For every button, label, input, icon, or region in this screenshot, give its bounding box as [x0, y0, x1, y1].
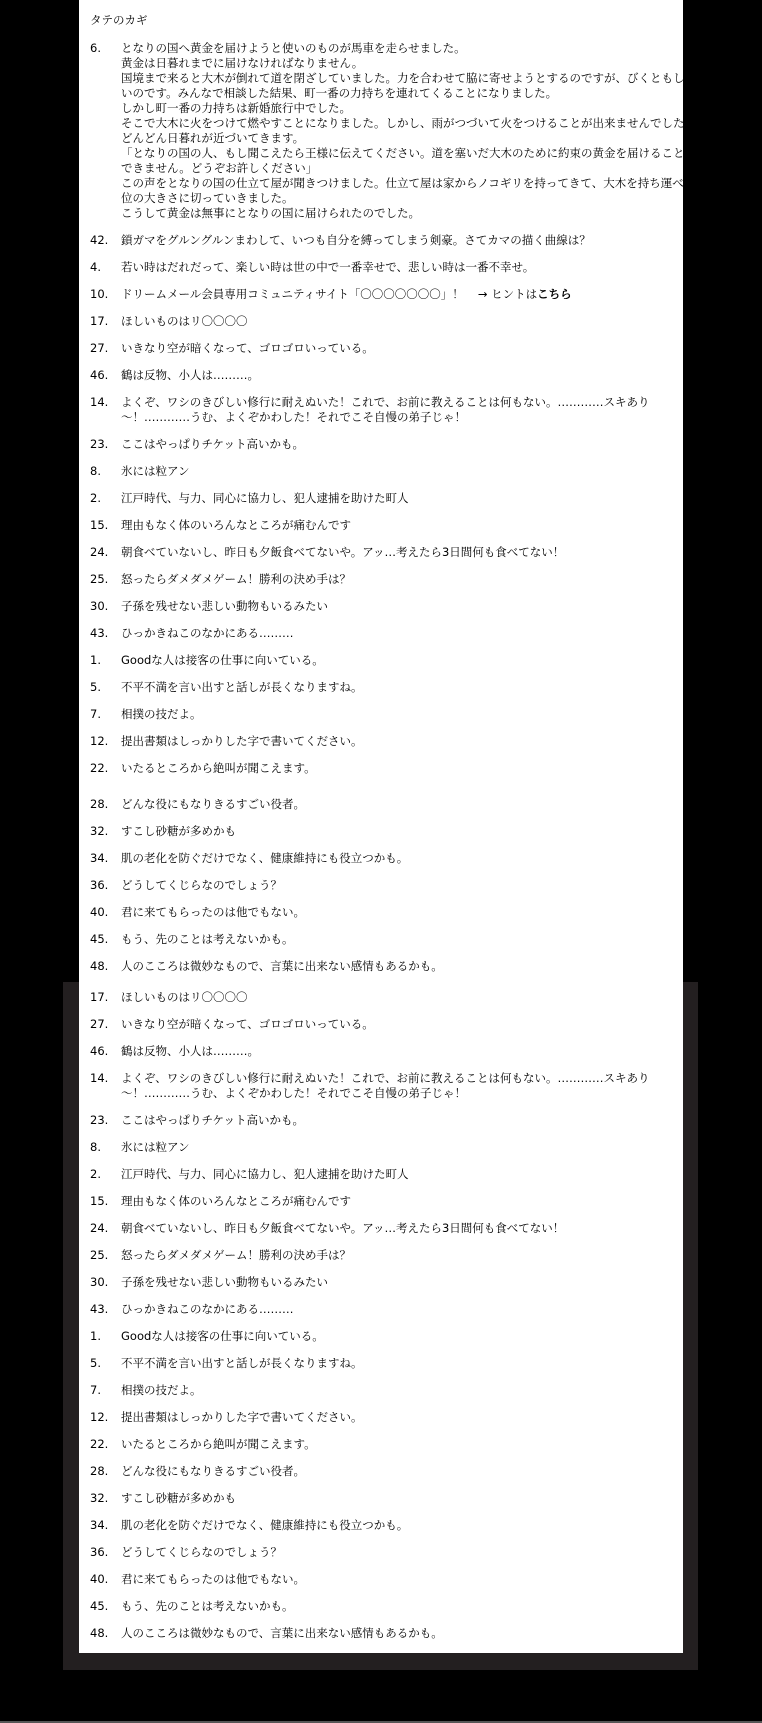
- clue-number: 48.: [90, 959, 121, 974]
- clue-number: 43.: [90, 626, 121, 641]
- clue-text-block: Goodな人は接客の仕事に向いている。: [121, 653, 675, 668]
- clue-text-block: よくぞ、ワシのきびしい修行に耐えぬいた！これで、お前に教えることは何もない。………: [121, 1071, 675, 1101]
- clue-text-block: 君に来てもらったのは他でもない。: [121, 1572, 675, 1587]
- clue-text-content: 氷には粒アン: [121, 464, 190, 478]
- clue-text-block: 怒ったらダメダメゲーム！勝利の決め手は？: [121, 1248, 675, 1263]
- clue-item: 27.いきなり空が暗くなって、ゴロゴロいっている。: [90, 1017, 675, 1032]
- clue-number: 6.: [90, 41, 121, 221]
- clue-number: 27.: [90, 1017, 121, 1032]
- clue-item-story: 6. となりの国へ黄金を届けようと使いのものが馬車を走らせました。 黄金は日暮れ…: [90, 41, 675, 221]
- hint-label: ヒントは: [491, 287, 537, 301]
- clue-item: 24.朝食べていないし、昨日も夕飯食べてないや。アッ…考えたら3日間何も食べてな…: [90, 1221, 675, 1236]
- clue-text: 朝食べていないし、昨日も夕飯食べてないや。アッ…考えたら3日間何も食べてない！: [121, 545, 675, 560]
- clue-text: 不平不満を言い出すと話しが長くなりますね。: [121, 680, 675, 695]
- clue-item: 28.どんな役にもなりきるすごい役者。: [90, 797, 675, 812]
- hint-link[interactable]: こちら: [537, 287, 572, 301]
- story-line: いのです。みんなで相談した結果、町一番の力持ちを連れてくることになりました。: [121, 86, 696, 101]
- clue-number: 32.: [90, 1491, 121, 1506]
- clue-text-content: どんな役にもなりきるすごい役者。: [121, 1464, 305, 1478]
- clue-text-content: 氷には粒アン: [121, 1140, 190, 1154]
- clue-text-block: 不平不満を言い出すと話しが長くなりますね。: [121, 680, 675, 695]
- clue-text-block: ひっかきねこのなかにある………: [121, 1302, 675, 1317]
- clue-number: 43.: [90, 1302, 121, 1317]
- lower-clue-list: 17.ほしいものはリ〇〇〇〇27.いきなり空が暗くなって、ゴロゴロいっている。4…: [90, 990, 675, 1653]
- clue-number: 30.: [90, 1275, 121, 1290]
- clue-number: 34.: [90, 1518, 121, 1533]
- clue-text: ここはやっぱりチケット高いかも。: [121, 437, 675, 452]
- clue-text: もう、先のことは考えないかも。: [121, 1599, 675, 1614]
- clue-item: 30.子孫を残せない悲しい動物もいるみたい: [90, 1275, 675, 1290]
- clue-number: 24.: [90, 545, 121, 560]
- clue-number: 14.: [90, 395, 121, 425]
- clue-text-block: 江戸時代、与力、同心に協力し、犯人逮捕を助けた町人: [121, 1167, 675, 1182]
- clue-item: 34.肌の老化を防ぐだけでなく、健康維持にも役立つかも。: [90, 851, 675, 866]
- clue-item: 22.いたるところから絶叫が聞こえます。: [90, 1437, 675, 1452]
- story-line: 位の大きさに切っていきました。: [121, 191, 696, 206]
- clue-text: Goodな人は接客の仕事に向いている。: [121, 1329, 675, 1344]
- clue-text-content: 鶴は反物、小人は………。: [121, 368, 259, 382]
- clue-item: 36.どうしてくじらなのでしょう？: [90, 1545, 675, 1560]
- clue-text: 朝食べていないし、昨日も夕飯食べてないや。アッ…考えたら3日間何も食べてない！: [121, 1221, 675, 1236]
- clue-number: 48.: [90, 1626, 121, 1641]
- clue-text: どうしてくじらなのでしょう？: [121, 878, 675, 893]
- clue-text-content: ほしいものはリ〇〇〇〇: [121, 990, 248, 1004]
- clue-text-block: 肌の老化を防ぐだけでなく、健康維持にも役立つかも。: [121, 1518, 675, 1533]
- clue-text: 鶴は反物、小人は………。: [121, 368, 675, 383]
- clue-text: 鶴は反物、小人は………。: [121, 1044, 675, 1059]
- clue-text-block: 相撲の技だよ。: [121, 1383, 675, 1398]
- clue-text: 理由もなく体のいろんなところが痛むんです: [121, 1194, 675, 1209]
- clue-text-content: 不平不満を言い出すと話しが長くなりますね。: [121, 1356, 363, 1370]
- clue-item: 40.君に来てもらったのは他でもない。: [90, 905, 675, 920]
- clue-number: 14.: [90, 1071, 121, 1101]
- clue-text-content: どうしてくじらなのでしょう？: [121, 1545, 282, 1559]
- clue-item: 46.鶴は反物、小人は………。: [90, 368, 675, 383]
- clue-item: 8.氷には粒アン: [90, 1140, 675, 1155]
- clue-text-content: 君に来てもらったのは他でもない。: [121, 1572, 305, 1586]
- clue-text: 若い時はだれだって、楽しい時は世の中で一番幸せで、悲しい時は一番不幸せ。: [121, 260, 675, 275]
- clue-number: 27.: [90, 341, 121, 356]
- clue-text-content: 不平不満を言い出すと話しが長くなりますね。: [121, 680, 363, 694]
- clue-text-content: どんな役にもなりきるすごい役者。: [121, 797, 305, 811]
- clue-text-content: ここはやっぱりチケット高いかも。: [121, 1113, 304, 1127]
- clue-number: 7.: [90, 1383, 121, 1398]
- clue-item: 30.子孫を残せない悲しい動物もいるみたい: [90, 599, 675, 614]
- clue-item: 43.ひっかきねこのなかにある………: [90, 626, 675, 641]
- clue-text-block: ドリームメール会員専用コミュニティサイト「〇〇〇〇〇〇〇」！→ ヒントはこちら: [121, 287, 675, 302]
- clue-item: 5.不平不満を言い出すと話しが長くなりますね。: [90, 1356, 675, 1371]
- clue-text: どんな役にもなりきるすごい役者。: [121, 1464, 675, 1479]
- clue-text-block: もう、先のことは考えないかも。: [121, 932, 675, 947]
- clue-text: すこし砂糖が多めかも: [121, 824, 675, 839]
- clue-number: 42.: [90, 233, 121, 248]
- clue-item: 5.不平不満を言い出すと話しが長くなりますね。: [90, 680, 675, 695]
- clue-text-content: 子孫を残せない悲しい動物もいるみたい: [121, 1275, 328, 1289]
- story-line: 国境まで来ると大木が倒れて道を閉ざしていました。力を合わせて脇に寄せようとするの…: [121, 71, 696, 86]
- clue-text-content: いたるところから絶叫が聞こえます。: [121, 761, 316, 775]
- clue-item: 17.ほしいものはリ〇〇〇〇: [90, 990, 675, 1005]
- clue-text-block: 氷には粒アン: [121, 1140, 675, 1155]
- clue-text-content: Goodな人は接客の仕事に向いている。: [121, 1329, 324, 1343]
- clue-item: 36.どうしてくじらなのでしょう？: [90, 878, 675, 893]
- clue-text-block: 相撲の技だよ。: [121, 707, 675, 722]
- clue-text-content: いきなり空が暗くなって、ゴロゴロいっている。: [121, 341, 374, 355]
- clue-number: 24.: [90, 1221, 121, 1236]
- clue-text: どんな役にもなりきるすごい役者。: [121, 797, 675, 812]
- clue-text-content: ドリームメール会員専用コミュニティサイト「〇〇〇〇〇〇〇」！: [121, 287, 464, 301]
- clue-text-content: 怒ったらダメダメゲーム！勝利の決め手は？: [121, 572, 351, 586]
- clue-number: 2.: [90, 491, 121, 506]
- clue-text-content: すこし砂糖が多めかも: [121, 1491, 236, 1505]
- clue-text: いきなり空が暗くなって、ゴロゴロいっている。: [121, 1017, 675, 1032]
- clue-text-content: 朝食べていないし、昨日も夕飯食べてないや。アッ…考えたら3日間何も食べてない！: [121, 545, 564, 559]
- clue-number: 1.: [90, 653, 121, 668]
- clue-text-block: どんな役にもなりきるすごい役者。: [121, 797, 675, 812]
- clue-number: 12.: [90, 1410, 121, 1425]
- clue-item: 48.人のこころは微妙なもので、言葉に出来ない感情もあるかも。: [90, 959, 675, 974]
- clue-text-content: 提出書類はしっかりした字で書いてください。: [121, 734, 363, 748]
- upper-clue-list: 6. となりの国へ黄金を届けようと使いのものが馬車を走らせました。 黄金は日暮れ…: [90, 41, 675, 986]
- clue-number: 4.: [90, 260, 121, 275]
- clue-text-content: 怒ったらダメダメゲーム！勝利の決め手は？: [121, 1248, 351, 1262]
- clue-text-block: 朝食べていないし、昨日も夕飯食べてないや。アッ…考えたら3日間何も食べてない！: [121, 545, 675, 560]
- clue-text-block: 鎖ガマをグルングルンまわして、いつも自分を縛ってしまう剣豪。さてカマの描く曲線は…: [121, 233, 675, 248]
- clue-number: 34.: [90, 851, 121, 866]
- clue-text: 理由もなく体のいろんなところが痛むんです: [121, 518, 675, 533]
- clue-item: 45.もう、先のことは考えないかも。: [90, 1599, 675, 1614]
- clue-text: もう、先のことは考えないかも。: [121, 932, 675, 947]
- clue-text: 君に来てもらったのは他でもない。: [121, 1572, 675, 1587]
- clue-text-block: 提出書類はしっかりした字で書いてください。: [121, 734, 675, 749]
- clue-number: 15.: [90, 1194, 121, 1209]
- clue-item: 10.ドリームメール会員専用コミュニティサイト「〇〇〇〇〇〇〇」！→ ヒントはこ…: [90, 287, 675, 302]
- clue-number: 22.: [90, 1437, 121, 1452]
- clue-text-content: 江戸時代、与力、同心に協力し、犯人逮捕を助けた町人: [121, 491, 409, 505]
- clue-text-block: 理由もなく体のいろんなところが痛むんです: [121, 518, 675, 533]
- clue-text-block: 子孫を残せない悲しい動物もいるみたい: [121, 599, 675, 614]
- clue-text: すこし砂糖が多めかも: [121, 1491, 675, 1506]
- clue-text-block: もう、先のことは考えないかも。: [121, 1599, 675, 1614]
- clue-item: 27.いきなり空が暗くなって、ゴロゴロいっている。: [90, 341, 675, 356]
- clue-item: 46.鶴は反物、小人は………。: [90, 1044, 675, 1059]
- clue-number: 28.: [90, 1464, 121, 1479]
- clue-number: 28.: [90, 797, 121, 812]
- clue-text-block: 不平不満を言い出すと話しが長くなりますね。: [121, 1356, 675, 1371]
- clue-text-content: 肌の老化を防ぐだけでなく、健康維持にも役立つかも。: [121, 851, 408, 865]
- page-title: タテのカギ: [90, 13, 148, 28]
- clue-number: 17.: [90, 990, 121, 1005]
- clue-story-text: となりの国へ黄金を届けようと使いのものが馬車を走らせました。 黄金は日暮れまでに…: [121, 41, 696, 221]
- clue-number: 46.: [90, 368, 121, 383]
- clue-item: 14.よくぞ、ワシのきびしい修行に耐えぬいた！これで、お前に教えることは何もない…: [90, 1071, 675, 1101]
- clue-number: 45.: [90, 932, 121, 947]
- clue-number: 15.: [90, 518, 121, 533]
- clue-number: 5.: [90, 680, 121, 695]
- clue-number: 25.: [90, 1248, 121, 1263]
- clue-text-content: Goodな人は接客の仕事に向いている。: [121, 653, 324, 667]
- clue-text: 江戸時代、与力、同心に協力し、犯人逮捕を助けた町人: [121, 491, 675, 506]
- clue-text-block: 人のこころは微妙なもので、言葉に出来ない感情もあるかも。: [121, 959, 675, 974]
- clue-item: 25.怒ったらダメダメゲーム！勝利の決め手は？: [90, 572, 675, 587]
- clue-text: Goodな人は接客の仕事に向いている。: [121, 653, 675, 668]
- clue-item: 28.どんな役にもなりきるすごい役者。: [90, 1464, 675, 1479]
- clue-number: 17.: [90, 314, 121, 329]
- clue-item: 32.すこし砂糖が多めかも: [90, 824, 675, 839]
- clue-text: ひっかきねこのなかにある………: [121, 1302, 675, 1317]
- clue-text: 怒ったらダメダメゲーム！勝利の決め手は？: [121, 1248, 675, 1263]
- clue-text-content: 肌の老化を防ぐだけでなく、健康維持にも役立つかも。: [121, 1518, 408, 1532]
- clue-text: 子孫を残せない悲しい動物もいるみたい: [121, 1275, 675, 1290]
- clue-number: 45.: [90, 1599, 121, 1614]
- clue-text: 怒ったらダメダメゲーム！勝利の決め手は？: [121, 572, 675, 587]
- clue-text-content: もう、先のことは考えないかも。: [121, 932, 294, 946]
- clue-text-content: 朝食べていないし、昨日も夕飯食べてないや。アッ…考えたら3日間何も食べてない！: [121, 1221, 564, 1235]
- clue-text: ほしいものはリ〇〇〇〇: [121, 314, 675, 329]
- clue-text-block: すこし砂糖が多めかも: [121, 1491, 675, 1506]
- clue-text-block: ひっかきねこのなかにある………: [121, 626, 675, 641]
- clue-text-block: いきなり空が暗くなって、ゴロゴロいっている。: [121, 341, 675, 356]
- clue-text: いたるところから絶叫が聞こえます。: [121, 1437, 675, 1452]
- clue-text-block: どうしてくじらなのでしょう？: [121, 1545, 675, 1560]
- clue-text-block: 怒ったらダメダメゲーム！勝利の決め手は？: [121, 572, 675, 587]
- clue-text-block: いたるところから絶叫が聞こえます。: [121, 761, 675, 776]
- clue-text-content: 若い時はだれだって、楽しい時は世の中で一番幸せで、悲しい時は一番不幸せ。: [121, 260, 534, 274]
- clue-text-content: いきなり空が暗くなって、ゴロゴロいっている。: [121, 1017, 374, 1031]
- clue-text-block: 朝食べていないし、昨日も夕飯食べてないや。アッ…考えたら3日間何も食べてない！: [121, 1221, 675, 1236]
- story-line: できません。どうぞお許しください」: [121, 161, 696, 176]
- clue-item: 2.江戸時代、与力、同心に協力し、犯人逮捕を助けた町人: [90, 491, 675, 506]
- clue-text: 子孫を残せない悲しい動物もいるみたい: [121, 599, 675, 614]
- clue-item: 12.提出書類はしっかりした字で書いてください。: [90, 734, 675, 749]
- clue-text-continuation: ～！…………うむ、よくぞかわした！それでこそ自慢の弟子じゃ！: [121, 1086, 675, 1101]
- clue-number: 12.: [90, 734, 121, 749]
- clue-text-content: 理由もなく体のいろんなところが痛むんです: [121, 518, 351, 532]
- clue-number: 2.: [90, 1167, 121, 1182]
- clue-text-block: ここはやっぱりチケット高いかも。: [121, 437, 675, 452]
- clue-text: ここはやっぱりチケット高いかも。: [121, 1113, 675, 1128]
- clue-item: 14.よくぞ、ワシのきびしい修行に耐えぬいた！これで、お前に教えることは何もない…: [90, 395, 675, 425]
- arrow-right-icon: →: [478, 287, 488, 301]
- clue-number: 5.: [90, 1356, 121, 1371]
- clue-text: 肌の老化を防ぐだけでなく、健康維持にも役立つかも。: [121, 851, 675, 866]
- story-line: となりの国へ黄金を届けようと使いのものが馬車を走らせました。: [121, 41, 696, 56]
- clue-text-block: 人のこころは微妙なもので、言葉に出来ない感情もあるかも。: [121, 1626, 675, 1641]
- clue-item: 23.ここはやっぱりチケット高いかも。: [90, 437, 675, 452]
- clue-number: 23.: [90, 1113, 121, 1128]
- clue-item: 43.ひっかきねこのなかにある………: [90, 1302, 675, 1317]
- clue-item: 48.人のこころは微妙なもので、言葉に出来ない感情もあるかも。: [90, 1626, 675, 1641]
- story-line: 黄金は日暮れまでに届けなければなりません。: [121, 56, 696, 71]
- clue-text: 人のこころは微妙なもので、言葉に出来ない感情もあるかも。: [121, 1626, 675, 1641]
- clue-text: 鎖ガマをグルングルンまわして、いつも自分を縛ってしまう剣豪。さてカマの描く曲線は…: [121, 233, 675, 248]
- clue-text-content: ひっかきねこのなかにある………: [121, 626, 294, 640]
- clue-text: ほしいものはリ〇〇〇〇: [121, 990, 675, 1005]
- clue-text-content: 理由もなく体のいろんなところが痛むんです: [121, 1194, 351, 1208]
- clue-number: 10.: [90, 287, 121, 302]
- clue-item: 25.怒ったらダメダメゲーム！勝利の決め手は？: [90, 1248, 675, 1263]
- clue-item: 23.ここはやっぱりチケット高いかも。: [90, 1113, 675, 1128]
- story-line: どんどん日暮れが近づいてきます。: [121, 131, 696, 146]
- clue-text: 氷には粒アン: [121, 464, 675, 479]
- clue-number: 40.: [90, 905, 121, 920]
- clue-text-block: 理由もなく体のいろんなところが痛むんです: [121, 1194, 675, 1209]
- clue-text-content: よくぞ、ワシのきびしい修行に耐えぬいた！これで、お前に教えることは何もない。………: [121, 1071, 650, 1085]
- clue-item: 15.理由もなく体のいろんなところが痛むんです: [90, 518, 675, 533]
- clue-number: 23.: [90, 437, 121, 452]
- clue-text: いたるところから絶叫が聞こえます。: [121, 761, 675, 776]
- clue-text: 肌の老化を防ぐだけでなく、健康維持にも役立つかも。: [121, 1518, 675, 1533]
- clue-text: 提出書類はしっかりした字で書いてください。: [121, 1410, 675, 1425]
- clue-item: 45.もう、先のことは考えないかも。: [90, 932, 675, 947]
- clue-text: 提出書類はしっかりした字で書いてください。: [121, 734, 675, 749]
- clue-item: 17.ほしいものはリ〇〇〇〇: [90, 314, 675, 329]
- clue-item: 7.相撲の技だよ。: [90, 707, 675, 722]
- clue-text-block: 提出書類はしっかりした字で書いてください。: [121, 1410, 675, 1425]
- clue-text-content: 相撲の技だよ。: [121, 707, 202, 721]
- clue-text-block: 若い時はだれだって、楽しい時は世の中で一番幸せで、悲しい時は一番不幸せ。: [121, 260, 675, 275]
- clue-text: 江戸時代、与力、同心に協力し、犯人逮捕を助けた町人: [121, 1167, 675, 1182]
- clue-item: 2.江戸時代、与力、同心に協力し、犯人逮捕を助けた町人: [90, 1167, 675, 1182]
- clue-text-block: 鶴は反物、小人は………。: [121, 1044, 675, 1059]
- clue-text-content: 鶴は反物、小人は………。: [121, 1044, 259, 1058]
- clue-text-block: ほしいものはリ〇〇〇〇: [121, 314, 675, 329]
- clue-text-content: いたるところから絶叫が聞こえます。: [121, 1437, 316, 1451]
- clue-number: 8.: [90, 1140, 121, 1155]
- clue-text-block: すこし砂糖が多めかも: [121, 824, 675, 839]
- clue-text: 人のこころは微妙なもので、言葉に出来ない感情もあるかも。: [121, 959, 675, 974]
- clue-text-content: 提出書類はしっかりした字で書いてください。: [121, 1410, 363, 1424]
- clue-text-block: どんな役にもなりきるすごい役者。: [121, 1464, 675, 1479]
- clue-text-block: よくぞ、ワシのきびしい修行に耐えぬいた！これで、お前に教えることは何もない。………: [121, 395, 675, 425]
- clue-text-block: いたるところから絶叫が聞こえます。: [121, 1437, 675, 1452]
- clue-text-continuation: ～！…………うむ、よくぞかわした！それでこそ自慢の弟子じゃ！: [121, 410, 675, 425]
- clue-text: 氷には粒アン: [121, 1140, 675, 1155]
- clue-number: 46.: [90, 1044, 121, 1059]
- clue-text-block: 肌の老化を防ぐだけでなく、健康維持にも役立つかも。: [121, 851, 675, 866]
- clue-text-content: ほしいものはリ〇〇〇〇: [121, 314, 248, 328]
- clue-item: 40.君に来てもらったのは他でもない。: [90, 1572, 675, 1587]
- clue-item: 4.若い時はだれだって、楽しい時は世の中で一番幸せで、悲しい時は一番不幸せ。: [90, 260, 675, 275]
- clue-text: 不平不満を言い出すと話しが長くなりますね。: [121, 1356, 675, 1371]
- story-line: こうして黄金は無事にとなりの国に届けられたのでした。: [121, 206, 696, 221]
- clue-number: 8.: [90, 464, 121, 479]
- clue-text: ドリームメール会員専用コミュニティサイト「〇〇〇〇〇〇〇」！→ ヒントはこちら: [121, 287, 675, 302]
- clue-number: 7.: [90, 707, 121, 722]
- clue-text-content: すこし砂糖が多めかも: [121, 824, 236, 838]
- clue-text-block: どうしてくじらなのでしょう？: [121, 878, 675, 893]
- clue-number: 36.: [90, 1545, 121, 1560]
- clue-text-content: 鎖ガマをグルングルンまわして、いつも自分を縛ってしまう剣豪。さてカマの描く曲線は…: [121, 233, 591, 247]
- story-line: 「となりの国の人、もし聞こえたら王様に伝えてください。道を塞いだ大木のために約束…: [121, 146, 696, 161]
- clue-number: 22.: [90, 761, 121, 776]
- clue-text-content: どうしてくじらなのでしょう？: [121, 878, 282, 892]
- clue-text-block: 子孫を残せない悲しい動物もいるみたい: [121, 1275, 675, 1290]
- clue-number: 25.: [90, 572, 121, 587]
- clue-text: よくぞ、ワシのきびしい修行に耐えぬいた！これで、お前に教えることは何もない。………: [121, 395, 675, 410]
- clue-text-content: 江戸時代、与力、同心に協力し、犯人逮捕を助けた町人: [121, 1167, 409, 1181]
- clue-text: どうしてくじらなのでしょう？: [121, 1545, 675, 1560]
- clue-text-block: いきなり空が暗くなって、ゴロゴロいっている。: [121, 1017, 675, 1032]
- clue-text: ひっかきねこのなかにある………: [121, 626, 675, 641]
- story-line: この声をとなりの国の仕立て屋が聞きつけました。仕立て屋は家からノコギリを持ってき…: [121, 176, 696, 191]
- clue-text-content: 人のこころは微妙なもので、言葉に出来ない感情もあるかも。: [121, 1626, 443, 1640]
- clue-number: 30.: [90, 599, 121, 614]
- clue-text: 君に来てもらったのは他でもない。: [121, 905, 675, 920]
- clue-item: 1.Goodな人は接客の仕事に向いている。: [90, 1329, 675, 1344]
- clue-text-content: 相撲の技だよ。: [121, 1383, 202, 1397]
- clue-text-block: 鶴は反物、小人は………。: [121, 368, 675, 383]
- clue-text: 相撲の技だよ。: [121, 1383, 675, 1398]
- clue-text-content: 君に来てもらったのは他でもない。: [121, 905, 305, 919]
- clue-number: 32.: [90, 824, 121, 839]
- story-line: しかし町一番の力持ちは新婚旅行中でした。: [121, 101, 696, 116]
- clue-item: 1.Goodな人は接客の仕事に向いている。: [90, 653, 675, 668]
- clue-text-block: ここはやっぱりチケット高いかも。: [121, 1113, 675, 1128]
- clue-text-content: 子孫を残せない悲しい動物もいるみたい: [121, 599, 328, 613]
- clue-item: 12.提出書類はしっかりした字で書いてください。: [90, 1410, 675, 1425]
- clue-number: 1.: [90, 1329, 121, 1344]
- clue-text-content: 人のこころは微妙なもので、言葉に出来ない感情もあるかも。: [121, 959, 443, 973]
- clue-text: いきなり空が暗くなって、ゴロゴロいっている。: [121, 341, 675, 356]
- clue-text-content: もう、先のことは考えないかも。: [121, 1599, 294, 1613]
- clue-text-block: ほしいものはリ〇〇〇〇: [121, 990, 675, 1005]
- clue-text-content: よくぞ、ワシのきびしい修行に耐えぬいた！これで、お前に教えることは何もない。………: [121, 395, 650, 409]
- clue-item: 8.氷には粒アン: [90, 464, 675, 479]
- clue-item: 34.肌の老化を防ぐだけでなく、健康維持にも役立つかも。: [90, 1518, 675, 1533]
- clue-item: 24.朝食べていないし、昨日も夕飯食べてないや。アッ…考えたら3日間何も食べてな…: [90, 545, 675, 560]
- clue-text: よくぞ、ワシのきびしい修行に耐えぬいた！これで、お前に教えることは何もない。………: [121, 1071, 675, 1086]
- clue-page: タテのカギ 6. となりの国へ黄金を届けようと使いのものが馬車を走らせました。 …: [79, 0, 683, 1653]
- clue-item: 32.すこし砂糖が多めかも: [90, 1491, 675, 1506]
- clue-item: 7.相撲の技だよ。: [90, 1383, 675, 1398]
- clue-text-block: 江戸時代、与力、同心に協力し、犯人逮捕を助けた町人: [121, 491, 675, 506]
- clue-item: 22.いたるところから絶叫が聞こえます。: [90, 761, 675, 776]
- clue-text-content: ひっかきねこのなかにある………: [121, 1302, 294, 1316]
- story-line: そこで大木に火をつけて燃やすことになりました。しかし、雨がつづいて火をつけること…: [121, 116, 696, 131]
- clue-text-block: 君に来てもらったのは他でもない。: [121, 905, 675, 920]
- clue-text-block: Goodな人は接客の仕事に向いている。: [121, 1329, 675, 1344]
- clue-number: 40.: [90, 1572, 121, 1587]
- clue-text-content: ここはやっぱりチケット高いかも。: [121, 437, 304, 451]
- clue-number: 36.: [90, 878, 121, 893]
- clue-text: 相撲の技だよ。: [121, 707, 675, 722]
- clue-item: 42.鎖ガマをグルングルンまわして、いつも自分を縛ってしまう剣豪。さてカマの描く…: [90, 233, 675, 248]
- clue-item: 15.理由もなく体のいろんなところが痛むんです: [90, 1194, 675, 1209]
- clue-text-block: 氷には粒アン: [121, 464, 675, 479]
